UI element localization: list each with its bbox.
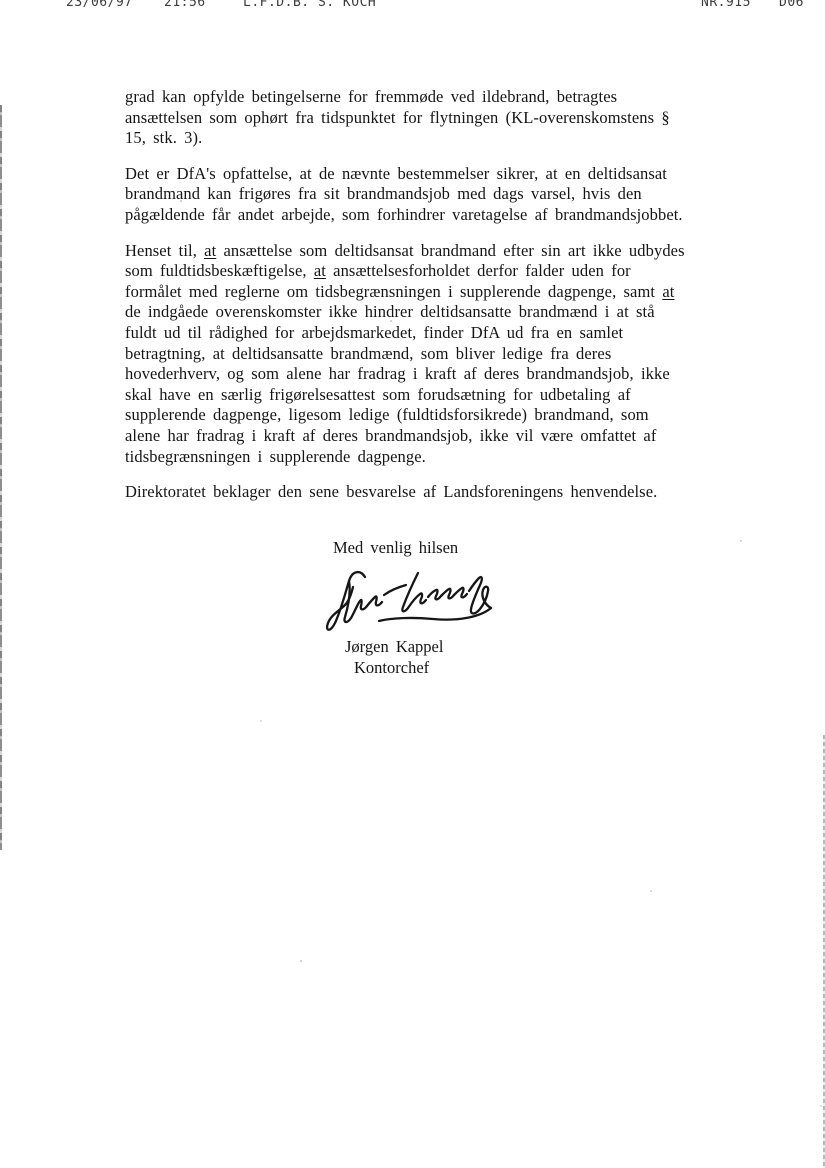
salutation: Med venlig hilsen: [333, 537, 496, 558]
fax-date: 23/06/97: [66, 0, 133, 10]
paragraph: Direktoratet beklager den sene besvarels…: [125, 482, 721, 503]
underlined-word: at: [662, 282, 674, 301]
fax-header: 23/06/97 21:56 L.F.D.B. S. KOCH NR.915 D…: [0, 0, 825, 17]
text-line: grad kan opfylde betingelserne for fremm…: [125, 87, 721, 108]
text-line: 15, stk. 3).: [125, 128, 721, 149]
text-line: som fuldtidsbeskæftigelse, at ansættelse…: [125, 261, 721, 282]
text-line: Henset til, at ansættelse som deltidsans…: [125, 241, 721, 262]
text-line: tidsbegrænsningen i supplerende dagpenge…: [125, 447, 721, 468]
signature-image: [321, 563, 496, 636]
text-line: formålet med reglerne om tidsbegrænsning…: [125, 282, 721, 303]
text-line: brandmand kan frigøres fra sit brandmand…: [125, 184, 721, 205]
paragraph: grad kan opfylde betingelserne for fremm…: [125, 87, 721, 149]
fax-page: 23/06/97 21:56 L.F.D.B. S. KOCH NR.915 D…: [0, 0, 825, 1168]
underlined-word: at: [204, 241, 216, 260]
left-scan-artifact: [0, 105, 2, 850]
paragraph: Det er DfA's opfattelse, at de nævnte be…: [125, 164, 721, 226]
text-line: Direktoratet beklager den sene besvarels…: [125, 482, 721, 503]
text-line: ansættelsen som ophørt fra tidspunktet f…: [125, 108, 721, 129]
text-line: supplerende dagpenge, ligesom ledige (fu…: [125, 405, 721, 426]
fax-time: 21:56: [164, 0, 206, 10]
fax-sender: L.F.D.B. S. KOCH: [243, 0, 376, 10]
text-line: fuldt ud til rådighed for arbejdsmarkede…: [125, 323, 721, 344]
fax-page-number: D06: [779, 0, 804, 10]
closing-block: Med venlig hilsen Jø: [333, 537, 496, 678]
signer-name: Jørgen Kappel: [345, 636, 496, 657]
signer-title: Kontorchef: [354, 657, 496, 678]
text-line: Det er DfA's opfattelse, at de nævnte be…: [125, 164, 721, 185]
text-line: betragtning, at deltidsansatte brandmænd…: [125, 344, 721, 365]
text-line: skal have en særlig frigørelsesattest so…: [125, 385, 721, 406]
text-line: hovederhverv, og som alene har fradrag i…: [125, 364, 721, 385]
letter-body: grad kan opfylde betingelserne for fremm…: [125, 87, 721, 518]
fax-number: NR.915: [701, 0, 751, 10]
text-line: alene har fradrag i kraft af deres brand…: [125, 426, 721, 447]
paragraph: Henset til, at ansættelse som deltidsans…: [125, 241, 721, 468]
text-line: pågældende får andet arbejde, som forhin…: [125, 205, 721, 226]
underlined-word: at: [314, 261, 326, 280]
handwritten-signature-icon: [321, 563, 496, 636]
text-line: de indgåede overenskomster ikke hindrer …: [125, 302, 721, 323]
